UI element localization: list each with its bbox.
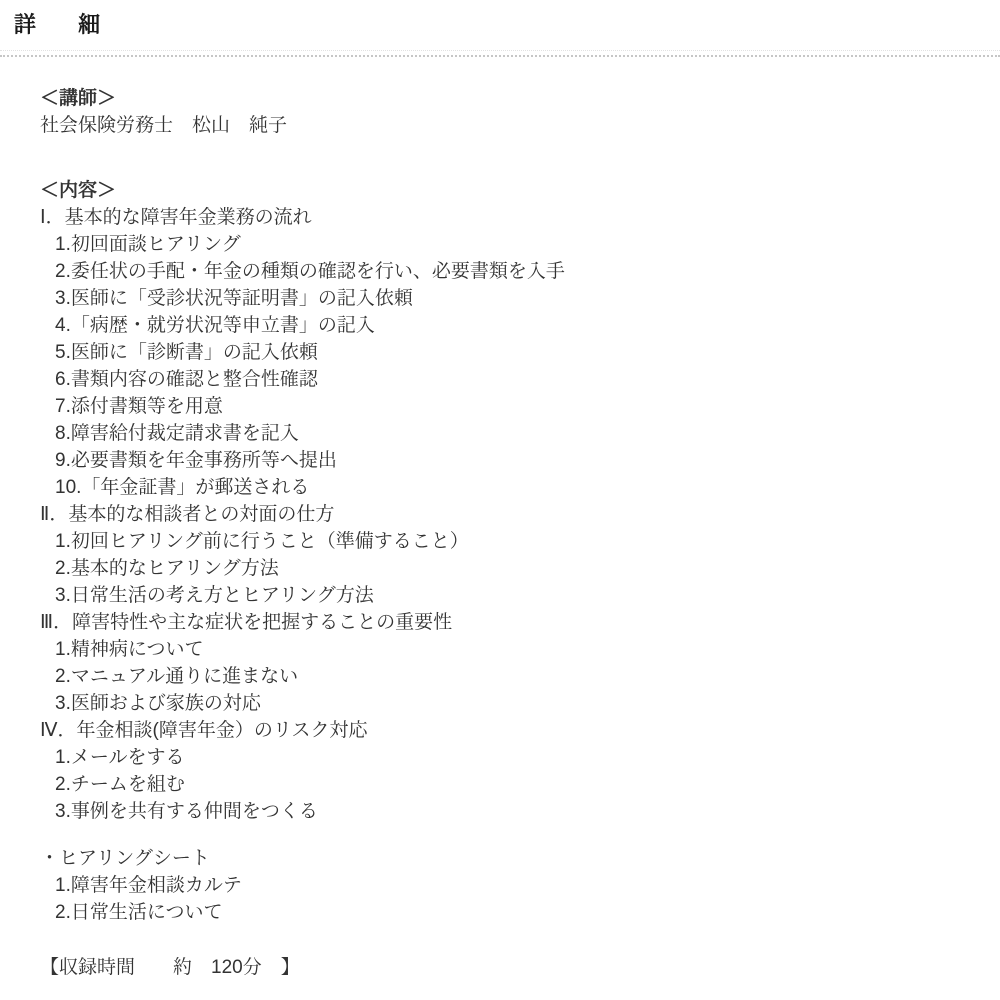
outline-line: 6.書類内容の確認と整合性確認 bbox=[40, 366, 1000, 393]
page-content: ＜講師＞ 社会保険労務士 松山 純子 ＜内容＞ Ⅰ．基本的な障害年金業務の流れ1… bbox=[0, 85, 1000, 981]
lecturer-name: 社会保険労務士 松山 純子 bbox=[40, 112, 1000, 139]
contents-heading: ＜内容＞ bbox=[40, 177, 1000, 204]
outline-line: 2.チームを組む bbox=[40, 771, 1000, 798]
outline-line: 1.初回ヒアリング前に行うこと（準備すること） bbox=[40, 528, 1000, 555]
outline-line: 3.医師に「受診状況等証明書」の記入依頼 bbox=[40, 285, 1000, 312]
lecturer-heading: ＜講師＞ bbox=[40, 85, 1000, 112]
hearing-sheet-line: ・ヒアリングシート bbox=[40, 845, 1000, 872]
page-title: 詳 細 bbox=[0, 0, 1000, 38]
contents-outline: Ⅰ．基本的な障害年金業務の流れ1.初回面談ヒアリング2.委任状の手配・年金の種類… bbox=[40, 204, 1000, 825]
outline-line: 4.「病歴・就労状況等申立書」の記入 bbox=[40, 312, 1000, 339]
outline-line: 7.添付書類等を用意 bbox=[40, 393, 1000, 420]
outline-line: 1.初回面談ヒアリング bbox=[40, 231, 1000, 258]
outline-line: 3.日常生活の考え方とヒアリング方法 bbox=[40, 582, 1000, 609]
title-divider bbox=[0, 50, 1000, 57]
outline-line: 2.マニュアル通りに進まない bbox=[40, 663, 1000, 690]
outline-line: Ⅱ．基本的な相談者との対面の仕方 bbox=[40, 501, 1000, 528]
outline-line: 8.障害給付裁定請求書を記入 bbox=[40, 420, 1000, 447]
hearing-sheet-line: 1.障害年金相談カルテ bbox=[40, 872, 1000, 899]
outline-line: 2.委任状の手配・年金の種類の確認を行い、必要書類を入手 bbox=[40, 258, 1000, 285]
outline-line: Ⅰ．基本的な障害年金業務の流れ bbox=[40, 204, 1000, 231]
hearing-sheet-lines: ・ヒアリングシート1.障害年金相談カルテ2.日常生活について bbox=[40, 845, 1000, 926]
recording-time: 【収録時間 約 120分 】 bbox=[40, 954, 1000, 981]
outline-line: 1.精神病について bbox=[40, 636, 1000, 663]
outline-line: Ⅲ．障害特性や主な症状を把握することの重要性 bbox=[40, 609, 1000, 636]
hearing-sheet-line: 2.日常生活について bbox=[40, 899, 1000, 926]
hearing-sheet-section: ・ヒアリングシート1.障害年金相談カルテ2.日常生活について bbox=[40, 845, 1000, 926]
contents-section: ＜内容＞ Ⅰ．基本的な障害年金業務の流れ1.初回面談ヒアリング2.委任状の手配・… bbox=[40, 177, 1000, 825]
outline-line: 10.「年金証書」が郵送される bbox=[40, 474, 1000, 501]
outline-line: 1.メールをする bbox=[40, 744, 1000, 771]
outline-line: 3.事例を共有する仲間をつくる bbox=[40, 798, 1000, 825]
outline-line: 9.必要書類を年金事務所等へ提出 bbox=[40, 447, 1000, 474]
outline-line: 2.基本的なヒアリング方法 bbox=[40, 555, 1000, 582]
outline-line: Ⅳ．年金相談(障害年金）のリスク対応 bbox=[40, 717, 1000, 744]
outline-line: 5.医師に「診断書」の記入依頼 bbox=[40, 339, 1000, 366]
detail-page: 詳 細 ＜講師＞ 社会保険労務士 松山 純子 ＜内容＞ Ⅰ．基本的な障害年金業務… bbox=[0, 0, 1000, 1000]
lecturer-section: ＜講師＞ 社会保険労務士 松山 純子 bbox=[40, 85, 1000, 139]
outline-line: 3.医師および家族の対応 bbox=[40, 690, 1000, 717]
